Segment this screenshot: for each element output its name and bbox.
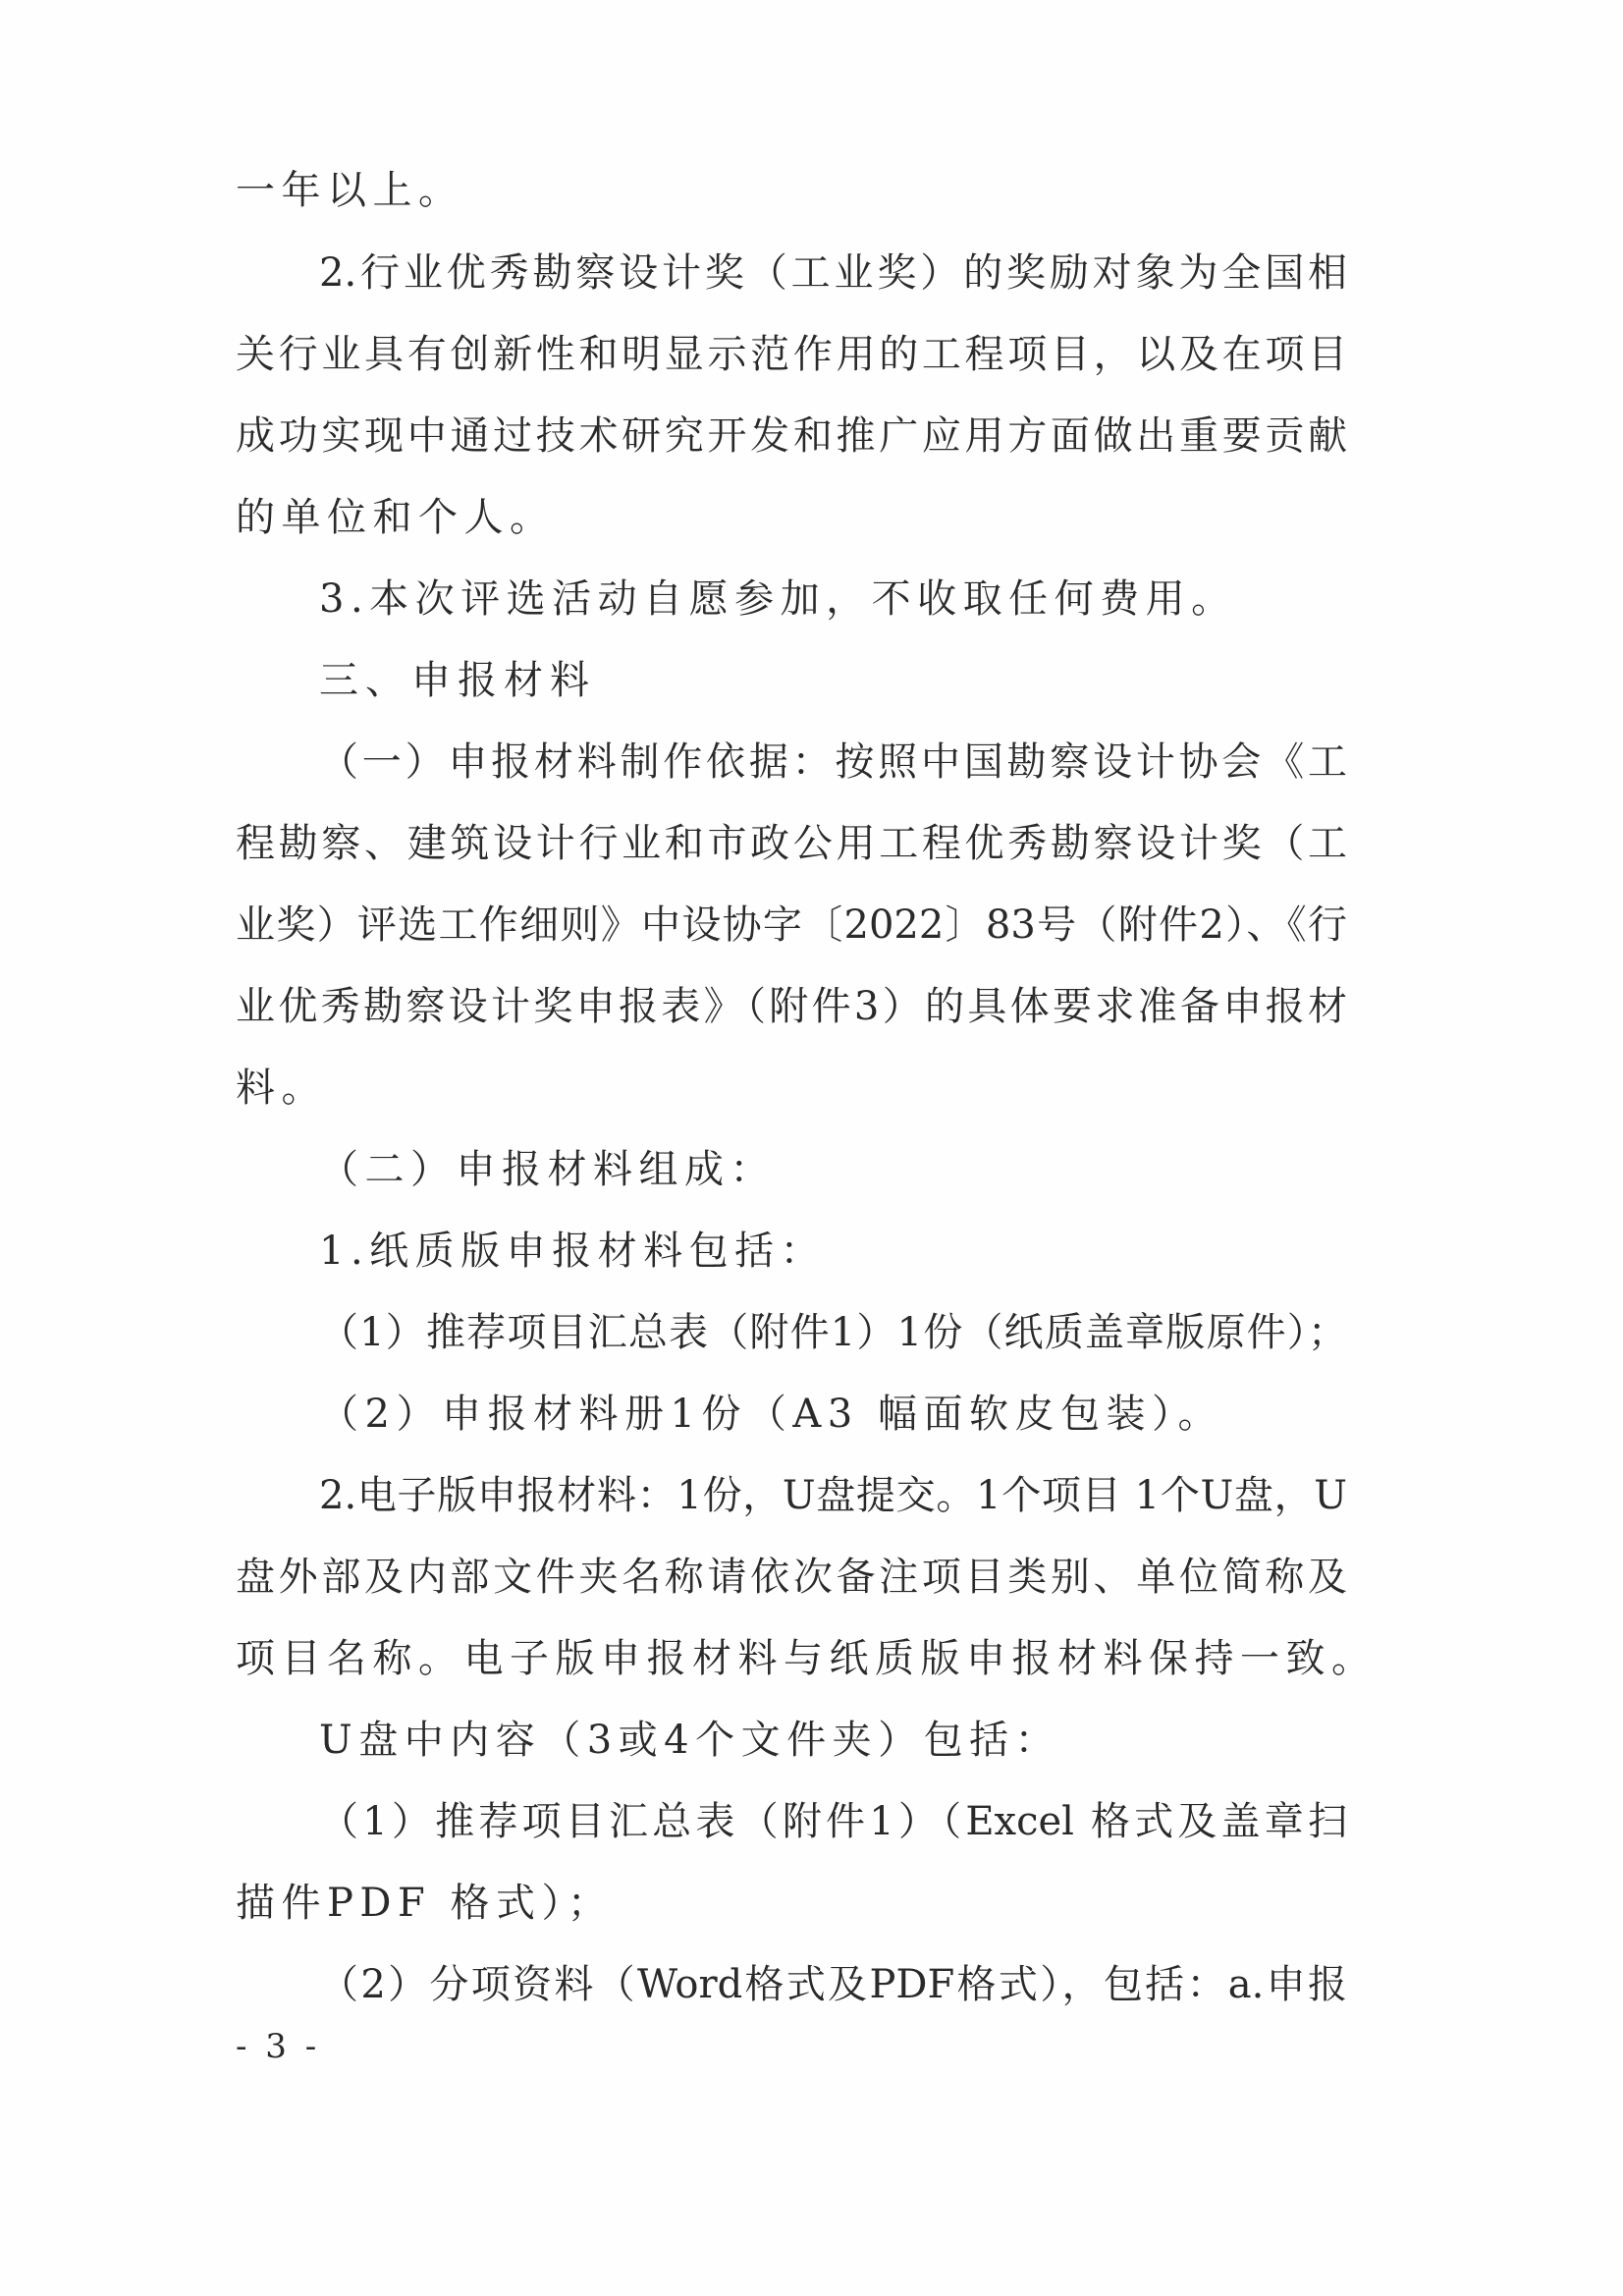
text-line: （1）推荐项目汇总表（附件1）（Excel 格式及盖章扫 <box>319 1796 1347 1847</box>
text-line: 2.行业优秀勘察设计奖（工业奖）的奖励对象为全国相 <box>319 247 1347 299</box>
text-line: 成功实现中通过技术研究开发和推广应用方面做出重要贡献 <box>236 410 1347 462</box>
section-heading: 三、申报材料 <box>319 655 1347 706</box>
text-line: （一）申报材料制作依据：按照中国勘察设计协会《工 <box>319 737 1347 788</box>
text-line: U盘中内容（3或4个文件夹）包括： <box>319 1715 1347 1766</box>
text-line: 3.本次评选活动自愿参加，不收取任何费用。 <box>319 574 1347 625</box>
text-line: （2）分项资料（Word格式及PDF格式），包括：a.申报 <box>319 1959 1347 2010</box>
text-line: 1.纸质版申报材料包括： <box>319 1226 1347 1277</box>
text-line: （2）申报材料册1份（A3 幅面软皮包装）。 <box>319 1389 1347 1440</box>
text-line: （二）申报材料组成： <box>319 1144 1347 1195</box>
text-line: 一年以上。 <box>236 165 1347 216</box>
text-line: 描件PDF 格式）； <box>236 1878 1347 1929</box>
text-line: 业奖）评选工作细则》中设协字〔2022〕83号（附件2）、《行 <box>236 900 1347 951</box>
text-line: 的单位和个人。 <box>236 492 1347 543</box>
document-page: 一年以上。2.行业优秀勘察设计奖（工业奖）的奖励对象为全国相关行业具有创新性和明… <box>0 0 1623 2296</box>
text-line: 盘外部及内部文件夹名称请依次备注项目类别、单位简称及 <box>236 1552 1347 1603</box>
text-line: 料。 <box>236 1063 1347 1114</box>
text-line: 关行业具有创新性和明显示范作用的工程项目，以及在项目 <box>236 329 1347 380</box>
text-line: 程勘察、建筑设计行业和市政公用工程优秀勘察设计奖（工 <box>236 818 1347 869</box>
text-line: 2.电子版申报材料：1份，U盘提交。1个项目 1个U盘，U <box>319 1470 1347 1521</box>
text-line: 项目名称。电子版申报材料与纸质版申报材料保持一致。 <box>236 1633 1347 1684</box>
page-number: - 3 - <box>236 2025 320 2068</box>
text-line: （1）推荐项目汇总表（附件1）1份（纸质盖章版原件）； <box>319 1307 1347 1358</box>
text-line: 业优秀勘察设计奖申报表》（附件3）的具体要求准备申报材 <box>236 981 1347 1032</box>
